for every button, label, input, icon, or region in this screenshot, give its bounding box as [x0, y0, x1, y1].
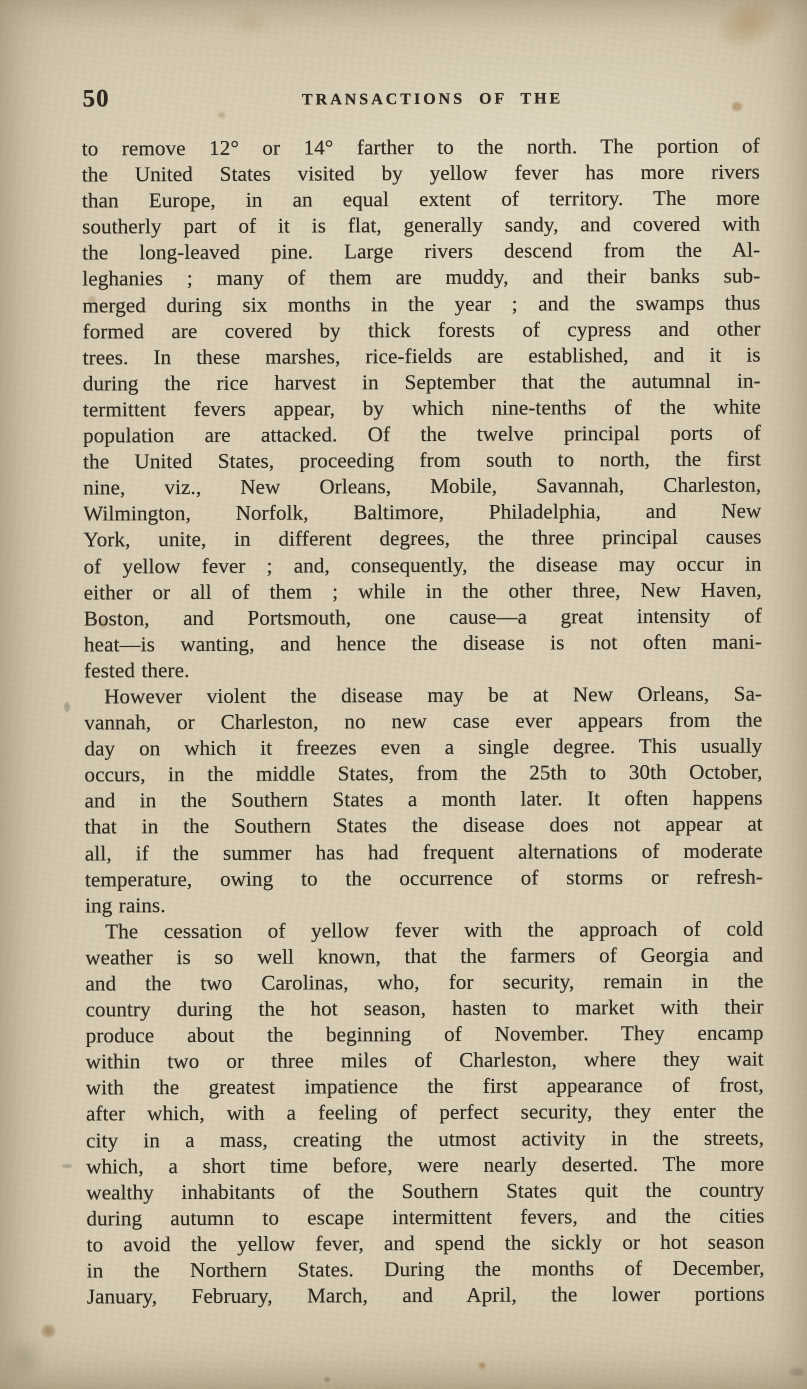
- text-line: during the rice harvest in September tha…: [83, 367, 761, 396]
- text-line: temperature, owing to the occurrence of …: [85, 863, 763, 892]
- text-line: heat—is wanting, and hence the disease i…: [84, 628, 762, 657]
- page-number: 50: [83, 85, 110, 113]
- text-line: January, February, March, and April, the…: [87, 1281, 765, 1310]
- text-line: Boston, and Portsmouth, one cause—a grea…: [84, 602, 762, 631]
- paper-stain: [64, 702, 70, 712]
- text-line: and the two Carolinas, who, for security…: [85, 968, 763, 997]
- text-line: York, unite, in different degrees, the t…: [83, 524, 761, 553]
- text-line: trees. In these marshes, rice-fields are…: [83, 341, 761, 370]
- text-line: either or all of them ; while in the oth…: [84, 576, 762, 605]
- text-line: However violent the disease may be at Ne…: [84, 680, 762, 709]
- text-line: day on which it freezes even a single de…: [84, 733, 762, 762]
- paper-stain: [790, 1368, 804, 1376]
- text-line: with the greatest impatience the first a…: [86, 1072, 764, 1101]
- paper-stain: [2, 1338, 46, 1378]
- text-line: merged during six months in the year ; a…: [82, 289, 760, 318]
- text-line: to remove 12° or 14° farther to the nort…: [82, 133, 760, 162]
- paper-stain: [62, 1164, 72, 1168]
- body-text: to remove 12° or 14° farther to the nort…: [82, 133, 765, 1310]
- text-line: The cessation of yellow fever with the a…: [85, 915, 763, 944]
- text-line: of yellow fever ; and, consequently, the…: [84, 550, 762, 579]
- page-content: 50 TRANSACTIONS OF THE to remove 12° or …: [81, 0, 765, 1310]
- text-line: weather is so well known, that the farme…: [85, 941, 763, 970]
- text-line: all, if the summer has had frequent alte…: [85, 837, 763, 866]
- text-line: the long-leaved pine. Large rivers desce…: [82, 237, 760, 266]
- text-line: vannah, or Charleston, no new case ever …: [84, 707, 762, 736]
- paragraph: However violent the disease may be at Ne…: [84, 680, 763, 918]
- text-line: fested there.: [84, 654, 762, 683]
- text-line: the United States, proceeding from south…: [83, 446, 761, 475]
- text-line: wealthy inhabitants of the Southern Stat…: [86, 1176, 764, 1205]
- paper-stain: [324, 1377, 330, 1382]
- book-page: 50 TRANSACTIONS OF THE to remove 12° or …: [0, 0, 807, 1389]
- text-line: country during the hot season, hasten to…: [85, 994, 763, 1023]
- text-line: termittent fevers appear, by which nine-…: [83, 393, 761, 422]
- text-line: the United States visited by yellow feve…: [82, 159, 760, 188]
- paper-stain: [41, 1324, 56, 1338]
- text-line: after which, with a feeling of perfect s…: [86, 1098, 764, 1127]
- page-header: 50 TRANSACTIONS OF THE: [82, 83, 760, 116]
- text-line: city in a mass, creating the utmost acti…: [86, 1124, 764, 1153]
- text-line: and in the Southern States a month later…: [85, 785, 763, 814]
- running-header: TRANSACTIONS OF THE: [302, 90, 563, 109]
- text-line: southerly part of it is flat, generally …: [82, 211, 760, 240]
- text-line: which, a short time before, were nearly …: [86, 1150, 764, 1179]
- paragraph: to remove 12° or 14° farther to the nort…: [82, 133, 762, 684]
- paper-stain: [477, 1361, 487, 1370]
- text-line: during autumn to escape intermittent fev…: [86, 1202, 764, 1231]
- paragraph: The cessation of yellow fever with the a…: [85, 915, 765, 1309]
- text-line: population are attacked. Of the twelve p…: [83, 420, 761, 449]
- text-line: that in the Southern States the disease …: [85, 811, 763, 840]
- text-line: leghanies ; many of them are muddy, and …: [82, 263, 760, 292]
- text-line: within two or three miles of Charleston,…: [86, 1046, 764, 1075]
- text-line: formed are covered by thick forests of c…: [83, 315, 761, 344]
- text-line: produce about the beginning of November.…: [86, 1020, 764, 1049]
- text-line: ing rains.: [85, 889, 763, 918]
- text-line: than Europe, in an equal extent of terri…: [82, 185, 760, 214]
- text-line: Wilmington, Norfolk, Baltimore, Philadel…: [83, 498, 761, 527]
- text-line: occurs, in the middle States, from the 2…: [84, 759, 762, 788]
- text-line: nine, viz., New Orleans, Mobile, Savanna…: [83, 472, 761, 501]
- text-line: to avoid the yellow fever, and spend the…: [87, 1228, 765, 1257]
- text-line: in the Northern States. During the month…: [87, 1255, 765, 1284]
